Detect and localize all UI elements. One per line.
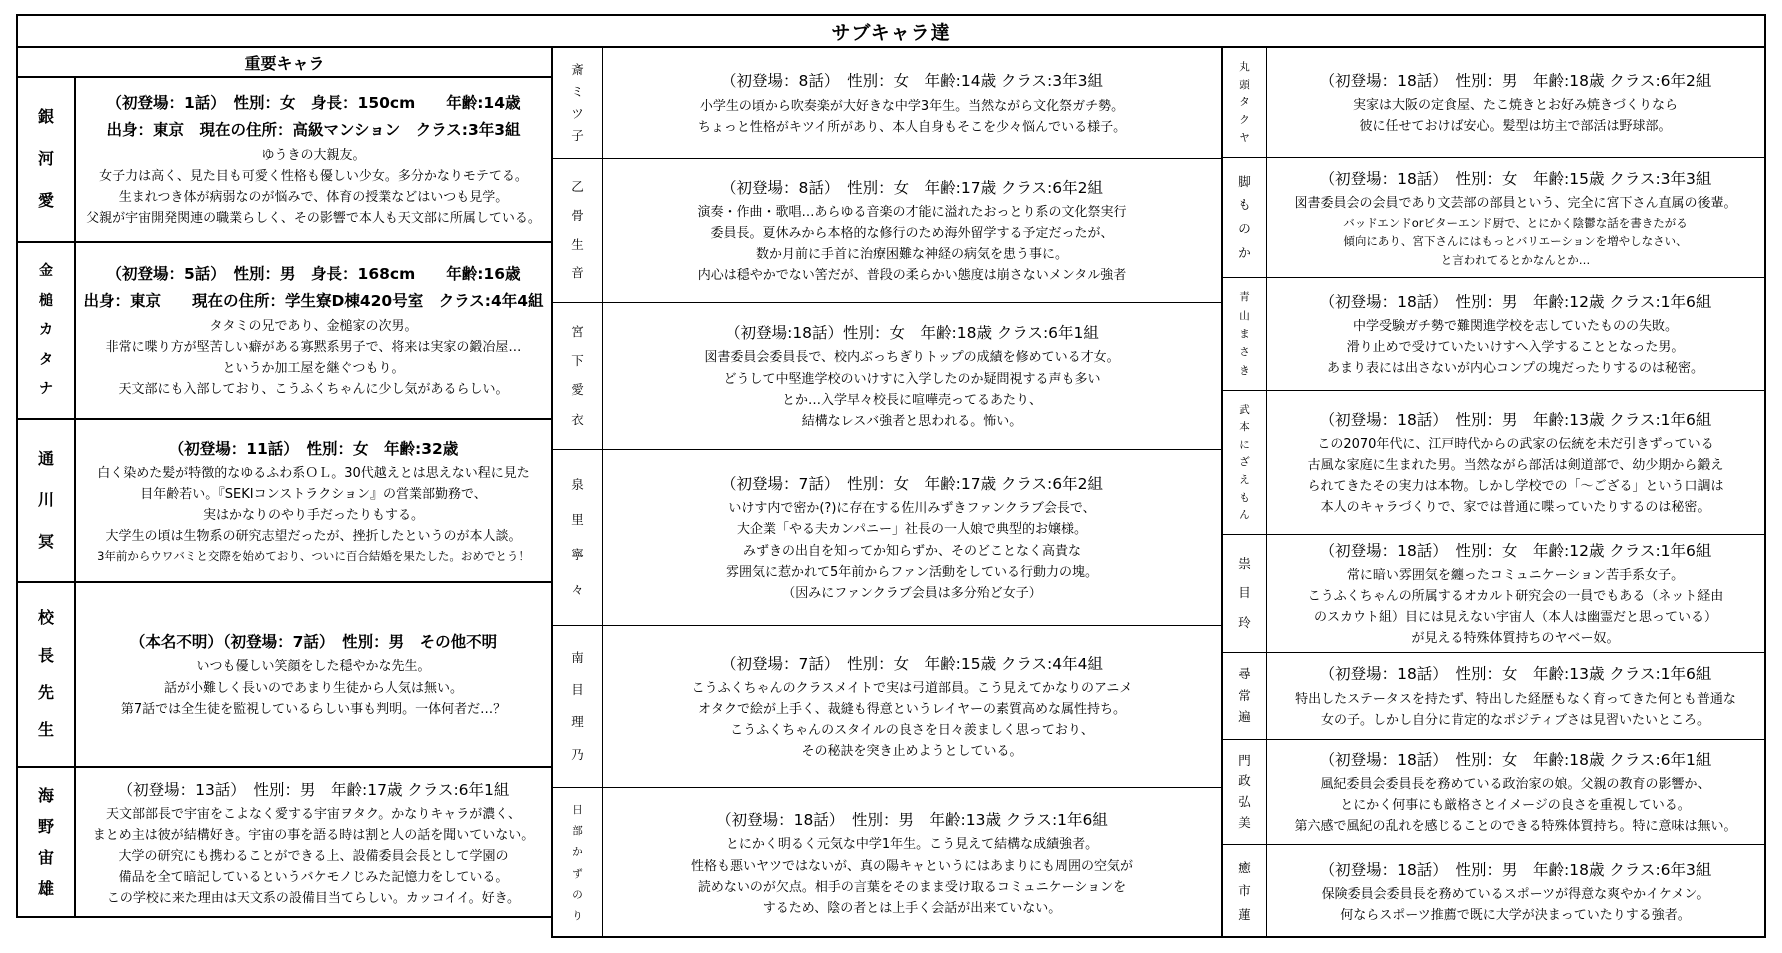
name-char: 癒: [1238, 861, 1251, 875]
character-row: 乙骨生音（初登場：8話） 性別：女 年齢:17歳 クラス:6年2組演奏・作曲・歌…: [553, 159, 1221, 303]
character-detail-line: られてきたその実力は本物。しかし学校での「～ござる」という口調は: [1307, 476, 1723, 497]
character-row: 癒市蓮（初登場：18話） 性別：男 年齢:18歳 クラス:6年3組保険委員会委員…: [1223, 845, 1764, 938]
character-detail-line: 結構なレスバ強者と思われる。怖い。: [802, 411, 1023, 432]
name-char: え: [1239, 474, 1250, 486]
character-header-line: （本名不明）（初登場：7話） 性別：男 その他不明: [130, 629, 497, 656]
character-content: （初登場：18話） 性別：男 年齢:18歳 クラス:6年3組保険委員会委員長を務…: [1267, 845, 1764, 938]
character-detail-line: 滑り止めで受けていたいけすへ入学することとなった男。: [1347, 337, 1685, 358]
character-detail-line: ゆうきの大親友。: [261, 145, 365, 166]
character-detail-line: とにかく明るく元気な中学1年生。こう見えて結構な成績強者。: [726, 834, 1098, 855]
character-detail-line: 内心は穏やかでない筈だが、普段の柔らかい態度は崩さないメンタル強者: [698, 265, 1126, 286]
character-header-line: （初登場：18話） 性別：女 年齢:12歳 クラス:1年6組: [1320, 538, 1712, 565]
name-char: 生: [38, 721, 54, 739]
name-char: 長: [38, 647, 54, 665]
character-detail-line: 図書委員会委員長で、校内ぶっちぎりトップの成績を修めている才女。: [704, 347, 1119, 368]
character-detail-line: 本人のキャラづくりで、家では普通に喋っていたりするのは秘密。: [1321, 497, 1711, 518]
character-header-line: （初登場：18話） 性別：男 年齢:12歳 クラス:1年6組: [1320, 289, 1712, 316]
character-detail-line: 大学の研究にも携わることができる上、設備委員会長として学園の: [118, 846, 508, 867]
character-detail-line: 図書委員会の会員であり文芸部の部員という、完全に宮下さん直属の後輩。: [1294, 193, 1736, 214]
name-char: 生: [571, 238, 584, 252]
character-detail-line: 3年前からウワバミと交際を始めており、ついに百合結婚を果たした。おめでとう！: [97, 547, 530, 565]
character-name: 校長先生: [18, 583, 76, 766]
page-root: サブキャラ達 重要キャラ 銀河愛（初登場：1話） 性別：女 身長：150cm 年…: [0, 0, 1782, 953]
character-name: 銀河愛: [18, 78, 76, 241]
character-detail-line: というか加工屋を継ぐつもり。: [222, 358, 404, 379]
character-row: 通川冥（初登場：11話） 性別：女 年齢:32歳白く染めた髪が特徴的なゆるふわ系…: [18, 420, 551, 583]
character-header-line: （初登場：18話） 性別：男 年齢:18歳 クラス:6年3組: [1320, 857, 1712, 884]
name-char: 南: [571, 651, 584, 665]
name-char: ツ: [571, 107, 584, 121]
character-header-line: （初登場：18話） 性別：女 年齢:18歳 クラス:6年1組: [1320, 747, 1712, 774]
character-row: 門政弘美（初登場：18話） 性別：女 年齢:18歳 クラス:6年1組風紀委員会委…: [1223, 740, 1764, 845]
name-char: の: [1238, 222, 1251, 236]
character-detail-line: と言われてるとかなんとか…: [1441, 251, 1591, 269]
character-detail-line: 実はかなりのやり手だったりもする。: [203, 505, 424, 526]
character-detail-line: 古風な家庭に生まれた男。当然ながら部活は剣道部で、幼少期から鍛え: [1308, 455, 1724, 476]
name-char: ん: [1239, 509, 1250, 521]
name-char: ま: [1239, 328, 1250, 340]
character-detail-line: ちょっと性格がキツイ所があり、本人自身もそこを少々悩んでいる様子。: [698, 117, 1126, 138]
name-char: に: [1239, 439, 1250, 451]
character-detail-line: 常に暗い雰囲気を纏ったコミュニケーション苦手系女子。: [1347, 565, 1684, 586]
character-header-line: （初登場：5話） 性別：男 身長：168cm 年齢:16歳: [107, 261, 521, 288]
character-row: 祟目玲（初登場：18話） 性別：女 年齢:12歳 クラス:1年6組常に暗い雰囲気…: [1223, 535, 1764, 653]
character-detail-line: いつも優しい笑顔をした穏やかな先生。: [196, 656, 430, 677]
name-char: ヤ: [1239, 132, 1250, 144]
name-char: 美: [1238, 816, 1251, 830]
character-detail-line: 女の子。しかし自分に肯定的なポジティブさは見習いたいところ。: [1321, 710, 1710, 731]
character-header-line: （初登場：7話） 性別：女 年齢:15歳 クラス:4年4組: [721, 651, 1103, 678]
name-char: 斎: [571, 63, 584, 77]
name-char: 市: [1238, 884, 1251, 898]
character-content: （本名不明）（初登場：7話） 性別：男 その他不明いつも優しい笑顔をした穏やかな…: [76, 583, 551, 766]
character-header-line: （初登場：1話） 性別：女 身長：150cm 年齢:14歳: [107, 90, 521, 117]
character-header-line: （初登場:18話）性別：女 年齢:18歳 クラス:6年1組: [725, 320, 1099, 347]
character-content: （初登場：8話） 性別：女 年齢:14歳 クラス:3年3組小学生の頃から吹奏楽が…: [603, 48, 1221, 158]
character-detail-line: 天文部部長で宇宙をこよなく愛する宇宙ヲタク。かなりキャラが濃く、: [106, 804, 521, 825]
character-detail-line: あまり表には出さないが内心コンプの塊だったりするのは秘密。: [1327, 358, 1704, 379]
character-name: 海野宙雄: [18, 768, 76, 918]
character-content: （初登場：18話） 性別：女 年齢:15歳 クラス:3年3組図書委員会の会員であ…: [1267, 158, 1764, 277]
character-detail-line: 女子力は高く、見た目も可愛く性格も優しい少女。多分かなりモテてる。: [99, 166, 528, 187]
character-name: 癒市蓮: [1223, 845, 1267, 938]
character-content: （初登場：1話） 性別：女 身長：150cm 年齢:14歳出身：東京 現在の住所…: [76, 78, 551, 241]
name-char: 銀: [38, 108, 54, 126]
character-row: 武本にざえもん（初登場：18話） 性別：男 年齢:13歳 クラス:1年6組この2…: [1223, 391, 1764, 535]
name-char: り: [572, 910, 583, 922]
character-detail-line: 雰囲気に惹かれて5年前からファン活動をしている行動力の塊。: [726, 562, 1098, 583]
name-char: 常: [1238, 689, 1251, 703]
character-content: （初登場：8話） 性別：女 年齢:17歳 クラス:6年2組演奏・作曲・歌唱…あら…: [603, 159, 1221, 302]
right-rows: 丸頭タクヤ（初登場：18話） 性別：男 年齢:18歳 クラス:6年2組実家は大阪…: [1223, 48, 1764, 938]
name-char: ミ: [571, 85, 584, 99]
character-content: （初登場：18話） 性別：女 年齢:18歳 クラス:6年1組風紀委員会委員長を務…: [1267, 740, 1764, 844]
name-char: 祟: [1238, 557, 1251, 571]
name-char: も: [1238, 198, 1251, 212]
name-char: ナ: [39, 381, 53, 397]
name-char: 青: [1239, 291, 1250, 303]
name-char: さ: [1239, 346, 1250, 358]
character-detail-line: 何ならスポーツ推薦で既に大学が決まっていたりする強者。: [1340, 905, 1690, 926]
character-header-line: （初登場：18話） 性別：男 年齢:18歳 クラス:6年2組: [1320, 68, 1712, 95]
name-char: 宙: [38, 849, 54, 867]
character-detail-line: 大学生の頃は生物系の研究志望だったが、挫折したというのが本人談。: [105, 526, 521, 547]
character-content: （初登場：18話） 性別：男 年齢:13歳 クラス:1年6組この2070年代に、…: [1267, 391, 1764, 534]
middle-rows: 斎ミツ子（初登場：8話） 性別：女 年齢:14歳 クラス:3年3組小学生の頃から…: [553, 48, 1221, 938]
character-detail-line: 特出したステータスを持たず、特出した経歴もなく育ってきた何とも普通な: [1295, 689, 1736, 710]
name-char: ク: [1239, 114, 1250, 126]
character-detail-line: 読めないのが欠点。相手の言葉をそのまま受け取るコミュニケーションを: [698, 877, 1126, 898]
name-char: 蓮: [1238, 908, 1251, 922]
character-content: （初登場:18話）性別：女 年齢:18歳 クラス:6年1組図書委員会委員長で、校…: [603, 303, 1221, 449]
character-content: （初登場：13話） 性別：男 年齢:17歳 クラス:6年1組天文部部長で宇宙をこ…: [76, 768, 551, 918]
character-detail-line: 生まれつき体が病弱なのが悩みで、体育の授業などはいつも見学。: [119, 187, 508, 208]
name-char: 脚: [1238, 175, 1251, 189]
name-char: 宮: [571, 325, 584, 339]
character-header-line: （初登場：18話） 性別：男 年齢:13歳 クラス:1年6組: [716, 807, 1108, 834]
name-char: か: [572, 846, 583, 858]
character-detail-line: 非常に喋り方が堅苦しい癖がある寡黙系男子で、将来は実家の鍛冶屋…: [106, 337, 522, 358]
character-detail-line: 白く染めた髪が特徴的なゆるふわ系ＯＬ。30代越えとは思えない程に見た: [97, 463, 530, 484]
character-detail-line: が見える特殊体質持ちのヤベー奴。: [1411, 628, 1619, 649]
name-char: 日: [572, 804, 583, 816]
character-detail-line: 傾向にあり、宮下さんにはもっとバリエーションを増やしなさい、: [1343, 232, 1687, 250]
character-name: 武本にざえもん: [1223, 391, 1267, 534]
character-detail-line: バッドエンドorビターエンド厨で、とにかく陰鬱な話を書きたがる: [1343, 214, 1688, 232]
character-detail-line: まとめ主は彼が結構好き。宇宙の事を語る時は割と人の話を聞いていない。: [93, 825, 534, 846]
name-char: 里: [571, 513, 584, 527]
name-char: 々: [571, 583, 584, 597]
character-name: 通川冥: [18, 420, 76, 581]
character-detail-line: タタミの兄であり、金槌家の次男。: [209, 316, 417, 337]
character-detail-line: 性格も悪いヤツではないが、真の陽キャというにはあまりにも周囲の空気が: [691, 856, 1133, 877]
character-content: （初登場：18話） 性別：女 年齢:12歳 クラス:1年6組常に暗い雰囲気を纏っ…: [1267, 535, 1764, 652]
name-char: 乃: [571, 748, 584, 762]
character-row: 斎ミツ子（初登場：8話） 性別：女 年齢:14歳 クラス:3年3組小学生の頃から…: [553, 48, 1221, 159]
character-row: 南目理乃（初登場：7話） 性別：女 年齢:15歳 クラス:4年4組こうふくちゃん…: [553, 626, 1221, 788]
character-name: 日部かずのり: [553, 788, 603, 938]
character-name: 宮下愛衣: [553, 303, 603, 449]
name-char: タ: [1239, 96, 1250, 108]
character-header-line: 出身：東京 現在の住所：高級マンション クラス:3年3組: [106, 117, 520, 144]
character-header-line: （初登場：18話） 性別：男 年齢:13歳 クラス:1年6組: [1320, 407, 1712, 434]
name-char: 衣: [571, 413, 584, 427]
name-char: 理: [571, 715, 584, 729]
name-char: き: [1239, 365, 1250, 377]
character-name: 青山まさき: [1223, 278, 1267, 390]
name-char: 乙: [571, 180, 584, 194]
character-name: 斎ミツ子: [553, 48, 603, 158]
name-char: 泉: [571, 478, 584, 492]
character-detail-line: 備品を全て暗記しているというバケモノじみた記憶力をしている。: [119, 867, 509, 888]
character-detail-line: いけす内で密か(?)に存在する佐川みずきファンクラブ会長で、: [728, 498, 1095, 519]
name-char: 河: [38, 150, 54, 168]
name-char: も: [1239, 492, 1250, 504]
character-header-line: （初登場：18話） 性別：女 年齢:15歳 クラス:3年3組: [1320, 166, 1712, 193]
character-name: 尋常遍: [1223, 653, 1267, 739]
main-table: サブキャラ達 重要キャラ 銀河愛（初登場：1話） 性別：女 身長：150cm 年…: [16, 14, 1766, 938]
name-char: 門: [1238, 754, 1251, 768]
character-detail-line: のスカウト組）目には見えない宇宙人（本人は幽霊だと思っている）: [1314, 607, 1717, 628]
character-name: 金槌カタナ: [18, 243, 76, 418]
name-char: 玲: [1238, 616, 1251, 630]
name-char: 槌: [39, 293, 53, 309]
character-detail-line: こうふくちゃんのスタイルの良さを日々羨ましく思っており、: [730, 720, 1094, 741]
name-char: 山: [1239, 310, 1250, 322]
character-name: 丸頭タクヤ: [1223, 48, 1267, 157]
character-header-line: （初登場：8話） 性別：女 年齢:14歳 クラス:3年3組: [721, 68, 1103, 95]
right-section: 丸頭タクヤ（初登場：18話） 性別：男 年齢:18歳 クラス:6年2組実家は大阪…: [1223, 48, 1766, 938]
character-content: （初登場：5話） 性別：男 身長：168cm 年齢:16歳出身：東京 現在の住所…: [76, 243, 551, 418]
name-char: か: [1238, 246, 1251, 260]
character-header-line: （初登場：13話） 性別：男 年齢:17歳 クラス:6年1組: [118, 777, 510, 804]
character-header-line: （初登場：8話） 性別：女 年齢:17歳 クラス:6年2組: [721, 175, 1103, 202]
name-char: の: [572, 889, 583, 901]
character-name: 脚ものか: [1223, 158, 1267, 277]
character-detail-line: この2070年代に、江戸時代からの武家の伝統を未だ引きずっている: [1317, 434, 1713, 455]
character-detail-line: 話が小難しく長いのであまり生徒から人気は無い。: [164, 678, 463, 699]
page-title: サブキャラ達: [16, 14, 1766, 48]
character-row: 宮下愛衣（初登場:18話）性別：女 年齢:18歳 クラス:6年1組図書委員会委員…: [553, 303, 1221, 450]
name-char: 目: [571, 683, 584, 697]
middle-section: 斎ミツ子（初登場：8話） 性別：女 年齢:14歳 クラス:3年3組小学生の頃から…: [551, 48, 1223, 938]
character-detail-line: 天文部にも入部しており、こうふくちゃんに少し気があるらしい。: [118, 379, 508, 400]
character-content: （初登場：18話） 性別：男 年齢:13歳 クラス:1年6組とにかく明るく元気な…: [603, 788, 1221, 938]
character-detail-line: 目年齢若い。『SEKIコンストラクション』の営業部勤務で、: [140, 484, 486, 505]
character-row: 青山まさき（初登場：18話） 性別：男 年齢:12歳 クラス:1年6組中学受験ガ…: [1223, 278, 1764, 391]
character-detail-line: 大企業「やる夫カンパニー」社長の一人娘で典型的お嬢様。: [737, 519, 1087, 540]
name-char: 音: [571, 266, 584, 280]
name-char: 部: [572, 825, 583, 837]
character-content: （初登場：7話） 性別：女 年齢:17歳 クラス:6年2組いけす内で密か(?)に…: [603, 450, 1221, 625]
name-char: 海: [38, 787, 54, 805]
character-detail-line: 第7話では全生徒を監視しているらしい事も判明。一体何者だ…？: [121, 699, 506, 720]
name-char: 尋: [1238, 667, 1251, 681]
character-detail-line: とか…入学早々校長に喧嘩売ってるあたり、: [782, 390, 1042, 411]
character-name: 南目理乃: [553, 626, 603, 787]
name-char: 丸: [1239, 61, 1250, 73]
name-char: 愛: [571, 383, 584, 397]
important-section: 重要キャラ 銀河愛（初登場：1話） 性別：女 身長：150cm 年齢:14歳出身…: [16, 48, 551, 918]
character-detail-line: 中学受験ガチ勢で難関進学校を志していたものの失敗。: [1353, 316, 1678, 337]
character-detail-line: 風紀委員会委員長を務めている政治家の娘。父親の教育の影響か、: [1320, 774, 1710, 795]
name-char: ざ: [1239, 456, 1250, 468]
character-header-line: （初登場：18話） 性別：女 年齢:13歳 クラス:1年6組: [1320, 661, 1712, 688]
columns-container: 重要キャラ 銀河愛（初登場：1話） 性別：女 身長：150cm 年齢:14歳出身…: [16, 48, 1766, 938]
character-content: （初登場：7話） 性別：女 年齢:15歳 クラス:4年4組こうふくちゃんのクラス…: [603, 626, 1221, 787]
name-char: ず: [572, 868, 583, 880]
name-char: 川: [38, 491, 54, 509]
character-row: 尋常遍（初登場：18話） 性別：女 年齢:13歳 クラス:1年6組特出したステー…: [1223, 653, 1764, 740]
character-row: 金槌カタナ（初登場：5話） 性別：男 身長：168cm 年齢:16歳出身：東京 …: [18, 243, 551, 420]
character-detail-line: 数か月前に手首に治療困難な神経の病気を患う事に。: [756, 244, 1068, 265]
name-char: 雄: [38, 880, 54, 898]
name-char: 通: [38, 450, 54, 468]
name-char: 遍: [1238, 710, 1251, 724]
name-char: 目: [1238, 586, 1251, 600]
character-detail-line: 彼に任せておけば安心。髪型は坊主で部活は野球部。: [1359, 116, 1671, 137]
name-char: カ: [39, 322, 53, 338]
name-char: 頭: [1239, 79, 1250, 91]
name-char: 武: [1239, 404, 1250, 416]
important-section-header: 重要キャラ: [18, 48, 551, 78]
character-row: 脚ものか（初登場：18話） 性別：女 年齢:15歳 クラス:3年3組図書委員会の…: [1223, 158, 1764, 278]
name-char: 寧: [571, 548, 584, 562]
character-row: 日部かずのり（初登場：18話） 性別：男 年齢:13歳 クラス:1年6組とにかく…: [553, 788, 1221, 938]
character-detail-line: 演奏・作曲・歌唱…あらゆる音楽の才能に溢れたおっとり系の文化祭実行: [697, 202, 1126, 223]
character-detail-line: こうふくちゃんの所属するオカルト研究会の一員でもある（ネット経由: [1308, 586, 1724, 607]
name-char: 先: [38, 684, 54, 702]
character-detail-line: 小学生の頃から吹奏楽が大好きな中学3年生。当然ながら文化祭ガチ勢。: [700, 96, 1124, 117]
name-char: 金: [39, 263, 53, 279]
name-char: 骨: [571, 209, 584, 223]
character-header-line: （初登場：7話） 性別：女 年齢:17歳 クラス:6年2組: [721, 471, 1103, 498]
name-char: 弘: [1238, 795, 1251, 809]
character-name: 祟目玲: [1223, 535, 1267, 652]
name-char: 子: [571, 129, 584, 143]
character-detail-line: 保険委員会委員長を務めているスポーツが得意な爽やかイケメン。: [1322, 884, 1710, 905]
character-content: （初登場：18話） 性別：男 年齢:18歳 クラス:6年2組実家は大阪の定食屋、…: [1267, 48, 1764, 157]
character-name: 門政弘美: [1223, 740, 1267, 844]
character-content: （初登場：18話） 性別：男 年齢:12歳 クラス:1年6組中学受験ガチ勢で難関…: [1267, 278, 1764, 390]
character-detail-line: オタクで絵が上手く、裁縫も得意というレイヤーの素質高めな属性持ち。: [698, 699, 1126, 720]
character-name: 乙骨生音: [553, 159, 603, 302]
character-detail-line: みずきの出自を知ってか知らずか、そのどことなく高貴な: [743, 541, 1081, 562]
character-detail-line: とにかく何事にも厳格さとイメージの良さを重視している。: [1340, 795, 1691, 816]
character-row: 泉里寧々（初登場：7話） 性別：女 年齢:17歳 クラス:6年2組いけす内で密か…: [553, 450, 1221, 626]
name-char: 本: [1239, 421, 1250, 433]
character-header-line: （初登場：11話） 性別：女 年齢:32歳: [169, 436, 459, 463]
name-char: 下: [571, 354, 584, 368]
character-name: 泉里寧々: [553, 450, 603, 625]
name-char: 愛: [38, 192, 54, 210]
character-detail-line: するため、陰の者とは上手く会話が出来ていない。: [763, 898, 1061, 919]
name-char: 野: [38, 818, 54, 836]
character-detail-line: こうふくちゃんのクラスメイトで実は弓道部員。こう見えてかなりのアニメ: [692, 678, 1133, 699]
character-detail-line: この学校に来た理由は天文系の設備目当てらしい。カッコイイ。好き。: [107, 888, 520, 909]
character-row: 銀河愛（初登場：1話） 性別：女 身長：150cm 年齢:14歳出身：東京 現在…: [18, 78, 551, 243]
character-header-line: 出身：東京 現在の住所：学生寮D棟420号室 クラス:4年4組: [83, 288, 543, 315]
character-detail-line: 父親が宇宙開発関連の職業らしく、その影響で本人も天文部に所属している。: [86, 208, 541, 229]
name-char: タ: [39, 352, 53, 368]
name-char: 冥: [38, 533, 54, 551]
name-char: 校: [38, 609, 54, 627]
character-content: （初登場：11話） 性別：女 年齢:32歳白く染めた髪が特徴的なゆるふわ系ＯＬ。…: [76, 420, 551, 581]
character-detail-line: どうして中堅進学校のいけすに入学したのか疑問視する声も多い: [723, 369, 1100, 390]
character-content: （初登場：18話） 性別：女 年齢:13歳 クラス:1年6組特出したステータスを…: [1267, 653, 1764, 739]
important-rows: 銀河愛（初登場：1話） 性別：女 身長：150cm 年齢:14歳出身：東京 現在…: [18, 78, 551, 918]
character-row: 校長先生（本名不明）（初登場：7話） 性別：男 その他不明いつも優しい笑顔をした…: [18, 583, 551, 768]
character-detail-line: 委員長。夏休みから本格的な修行のため海外留学する予定だったが、: [710, 223, 1113, 244]
character-row: 丸頭タクヤ（初登場：18話） 性別：男 年齢:18歳 クラス:6年2組実家は大阪…: [1223, 48, 1764, 158]
character-row: 海野宙雄（初登場：13話） 性別：男 年齢:17歳 クラス:6年1組天文部部長で…: [18, 768, 551, 918]
character-detail-line: 実家は大阪の定食屋、たこ焼きとお好み焼きづくりなら: [1353, 95, 1678, 116]
character-detail-line: （因みにファンクラブ会員は多分殆ど女子）: [782, 583, 1041, 604]
character-detail-line: 第六感で風紀の乱れを感じることのできる特殊体質持ち。特に意味は無い。: [1294, 816, 1736, 837]
character-detail-line: その秘訣を突き止めようとしている。: [801, 741, 1022, 762]
name-char: 政: [1238, 774, 1251, 788]
